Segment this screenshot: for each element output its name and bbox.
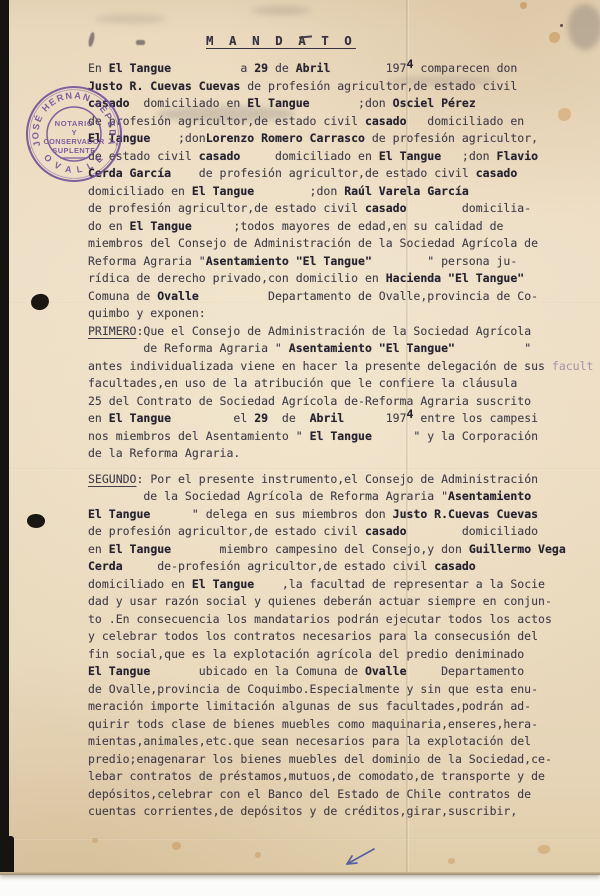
text-segment: miembros del Consejo de Administración d… [88,236,538,250]
notary-stamp: JOSÉ HERNAN ZEPEDA O V A L L E NOTARIO Y… [13,75,135,197]
paper-bottom-edge [0,872,600,875]
text-segment: El Tangue [379,149,441,163]
document-line: quimbo y exponen: [88,305,600,323]
text-segment: Osciel Pérez [393,96,476,110]
paper-stain [172,842,181,850]
text-segment: Asentamiento "El Tangue" [289,341,455,355]
document-line: do en El Tangue ;todos mayores de edad,e… [88,218,600,236]
hole-punch-mark [26,513,45,529]
paper-stain [92,838,98,843]
text-segment: : Por el presente instrumento,el Consejo… [136,472,538,486]
text-segment: El Tangue [88,664,150,678]
text-segment: ;todos mayores de edad,en su calidad de [192,219,504,233]
text-segment: 29 [254,411,268,425]
text-segment: de Reforma Agraria " [88,341,289,355]
text-segment: a [171,61,254,75]
text-segment: quimbo y exponen: [88,306,206,320]
document-line: depósitos,celebrar con el Banco del Esta… [88,786,600,804]
text-segment: cuentas corrientes,de depósitos y de cré… [88,804,517,818]
stamp-role-line1: NOTARIO [55,119,94,128]
document-line: predio;enagenarar los bienes muebles del… [88,751,600,769]
text-segment: fin social,que es la explotación agrícol… [88,647,524,661]
document-line: de profesión agricultor,de estado civil … [88,113,600,131]
document-line: Cerda de-profesión agricultor,de estado … [88,558,600,576]
text-segment: ;don [254,184,344,198]
text-segment: Departamento de Ovalle,provincia de Co- [199,289,538,303]
text-segment: El Tangue [310,429,372,443]
text-segment: Comuna de [88,289,157,303]
document-line: y celebrar todos los contratos necesario… [88,628,600,646]
text-segment: antes individualizada viene en hacer la … [88,359,552,373]
text-segment: do en [88,219,130,233]
ink-smudge [568,4,600,50]
text-segment: Ovalle [157,289,199,303]
text-segment: de profesión agricultor,de estado civil [171,166,476,180]
stamp-star-right: * [115,141,119,151]
text-segment: Asentamiento [448,489,531,503]
text-segment: de [268,61,296,75]
text-segment: Abril [310,411,345,425]
text-segment: en [88,542,109,556]
text-segment: Hacienda "El Tangue" [386,271,524,285]
text-segment: Guillermo Vega [469,542,566,556]
text-segment: ,la facultad de representar a la Socie [254,577,545,591]
document-line: dad y usar razón social y quienes deberá… [88,593,600,611]
document-title: M A N D A T O [206,33,356,48]
text-segment: El Tangue [88,507,150,521]
text-segment: Lorenzo Romero Carrasco [206,131,365,145]
text-segment: El Tangue [247,96,309,110]
document-line: en El Tangue miembro campesino del Conse… [88,541,600,559]
text-segment: " delega en sus miembros don [150,507,392,521]
text-segment: ubicado en la Comuna de [150,664,365,678]
text-segment: El Tangue [192,184,254,198]
text-segment: 4 [407,407,414,421]
document-line: Justo R. Cuevas Cuevas de profesión agri… [88,78,600,96]
stamp-role-line3: CONSERVADOR [44,137,105,146]
scan-edge [0,836,14,872]
document-line: El Tangue " delega en sus miembros don J… [88,506,600,524]
paper-stain [538,845,550,854]
document-line: casado domiciliado en El Tangue ;don Osc… [88,95,600,113]
paper-stain [549,32,560,43]
text-segment: :Que el Consejo de Administración de la … [136,324,531,338]
document-line: de estado civil casado domiciliado en El… [88,148,600,166]
text-segment: " y la Corporación [372,429,538,443]
pen-arrow-mark [338,843,382,871]
text-segment: Flavio [497,149,539,163]
document-line: de Ovalle,provincia de Coquimbo.Especial… [88,681,600,699]
document-line: nos miembros del Asentamiento " El Tangu… [88,428,600,446]
document-line: Cerda García de profesión agricultor,de … [88,165,600,183]
document-line: de Reforma Agraria " Asentamiento "El Ta… [88,340,600,358]
document-line: mientas,animales,etc.que sean necesarios… [88,733,600,751]
text-segment: entre los campesi [413,411,538,425]
stamp-role-line4: SUPLENTE [52,146,95,155]
scanned-document: M A N D A T O En El Tangue a 29 de Abril… [0,0,600,896]
ink-mark [87,32,95,48]
document-line: meración importe limitación algunas de s… [88,698,600,716]
text-segment: de profesión agricultor,de estado civil [88,524,365,538]
text-segment: " persona ju- [372,254,517,268]
paper-stain [520,2,527,9]
scan-edge [0,0,9,872]
document-line: fin social,que es la explotación agrícol… [88,646,600,664]
text-segment: El Tangue [109,61,171,75]
text-segment: nos miembros del Asentamiento " [88,429,310,443]
text-segment: ;don [441,149,496,163]
text-segment: facult [552,359,594,373]
paper-stain [255,852,261,858]
horizontal-crease [0,838,600,840]
ink-smudge [96,14,166,24]
text-segment: de profesión agricultor,de estado civil [240,79,517,93]
text-segment: miembro campesino del Consejo,y don [171,542,469,556]
text-segment: casado [199,149,241,163]
document-line: de profesión agricultor,de estado civil … [88,200,600,218]
document-line: rídica de derecho privado,con domicilio … [88,270,600,288]
stamp-arc-city: O V A L L E [42,152,106,175]
document-line: El Tangue ;donLorenzo Romero Carrasco de… [88,130,600,148]
document-line: El Tangue ubicado en la Comuna de Ovalle… [88,663,600,681]
text-segment: 4 [407,57,414,71]
text-segment: domicilia- [407,201,532,215]
ink-smudge [252,6,310,15]
text-segment: casado [476,166,518,180]
text-segment: de profesión agricultor,de estado civil [88,201,365,215]
paper-stain [560,24,563,27]
text-segment: En [88,61,109,75]
text-segment: Justo R.Cuevas Cuevas [393,507,538,521]
document-line: En El Tangue a 29 de Abril 1974 comparec… [88,60,600,78]
document-line: domiciliado en El Tangue ;don Raúl Varel… [88,183,600,201]
paragraph-gap [88,463,600,471]
text-segment: rídica de derecho privado,con domicilio … [88,271,386,285]
text-segment: de Ovalle,provincia de Coquimbo.Especial… [88,682,538,696]
text-segment: PRIMERO [88,324,136,338]
document-line: en El Tangue el 29 de Abril 1974 entre l… [88,410,600,428]
text-segment: SEGUNDO [88,472,136,486]
text-segment: 197 [330,61,406,75]
text-segment: Raúl Varela García [344,184,469,198]
text-segment: de-profesión agricultor,de estado civil [123,559,435,573]
document-line: quirir tods clase de bienes muebles como… [88,716,600,734]
document-line: to .En consecuencia los mandatarios podr… [88,611,600,629]
document-line: facultades,en uso de la atribución que l… [88,375,600,393]
stamp-role-line2: Y [71,128,76,137]
document-line: SEGUNDO: Por el presente instrumento,el … [88,471,600,489]
text-segment: y celebrar todos los contratos necesario… [88,629,538,643]
document-line: PRIMERO:Que el Consejo de Administración… [88,323,600,341]
svg-text:O V A L L E: O V A L L E [42,152,106,175]
document-line: 25 del Contrato de Sociedad Agrícola de-… [88,393,600,411]
document-line: lebar contratos de préstamos,mutuos,de c… [88,768,600,786]
document-line: de la Reforma Agraria. [88,445,600,463]
text-segment: comparecen don [413,61,517,75]
text-segment: ;don [150,131,205,145]
text-segment: casado [365,524,407,538]
text-segment: Reforma Agraria " [88,254,206,268]
text-segment: domiciliado en [88,577,192,591]
text-segment: depósitos,celebrar con el Banco del Esta… [88,787,531,801]
text-segment: dad y usar razón social y quienes deberá… [88,594,552,608]
document-line: Reforma Agraria "Asentamiento "El Tangue… [88,253,600,271]
stamp-star-left: * [28,145,32,155]
text-segment: Departamento [407,664,525,678]
document-line: miembros del Consejo de Administración d… [88,235,600,253]
text-segment: 25 del Contrato de Sociedad Agrícola de-… [88,394,531,408]
document-body: En El Tangue a 29 de Abril 1974 comparec… [88,60,600,821]
text-segment: casado [434,559,476,573]
text-segment: El Tangue [130,219,192,233]
text-segment: predio;enagenarar los bienes muebles del… [88,752,552,766]
document-line: domiciliado en El Tangue ,la facultad de… [88,576,600,594]
text-segment: de [268,411,310,425]
text-segment: Abril [296,61,331,75]
document-line: de la Sociedad Agrícola de Reforma Agrar… [88,488,600,506]
document-line: de profesión agricultor,de estado civil … [88,523,600,541]
text-segment: ;don [310,96,393,110]
text-segment: Asentamiento "El Tangue" [206,254,372,268]
document-line: Comuna de Ovalle Departamento de Ovalle,… [88,288,600,306]
text-segment: casado [365,114,407,128]
text-segment: mientas,animales,etc.que sean necesarios… [88,734,531,748]
text-segment: domiciliado en [407,114,525,128]
text-segment: en [88,411,109,425]
text-segment: facultades,en uso de la atribución que l… [88,376,517,390]
text-segment: meración importe limitación algunas de s… [88,699,531,713]
ink-mark [136,40,145,45]
text-segment: 29 [254,61,268,75]
text-segment: domiciliado en [240,149,378,163]
text-segment: domiciliado [407,524,539,538]
text-segment: 197 [344,411,406,425]
hole-punch-mark [30,293,50,311]
text-segment: El Tangue [109,411,171,425]
text-segment: quirir tods clase de bienes muebles como… [88,717,538,731]
text-segment: lebar contratos de préstamos,mutuos,de c… [88,769,545,783]
text-segment: de la Reforma Agraria. [88,446,240,460]
text-segment: casado [365,201,407,215]
text-segment: Cerda [88,559,123,573]
text-segment: Ovalle [365,664,407,678]
text-segment: el [171,411,254,425]
document-line: antes individualizada viene en hacer la … [88,358,600,376]
text-segment: El Tangue [192,577,254,591]
text-segment: de profesión agricultor, [365,131,538,145]
paper-stain [448,858,455,864]
text-segment: to .En consecuencia los mandatarios podr… [88,612,552,626]
document-line: cuentas corrientes,de depósitos y de cré… [88,803,600,821]
paper-sheet: M A N D A T O En El Tangue a 29 de Abril… [0,0,600,875]
text-segment: " [455,341,531,355]
text-segment: El Tangue [109,542,171,556]
text-segment: de la Sociedad Agrícola de Reforma Agrar… [88,489,448,503]
text-segment: domiciliado en [130,96,248,110]
